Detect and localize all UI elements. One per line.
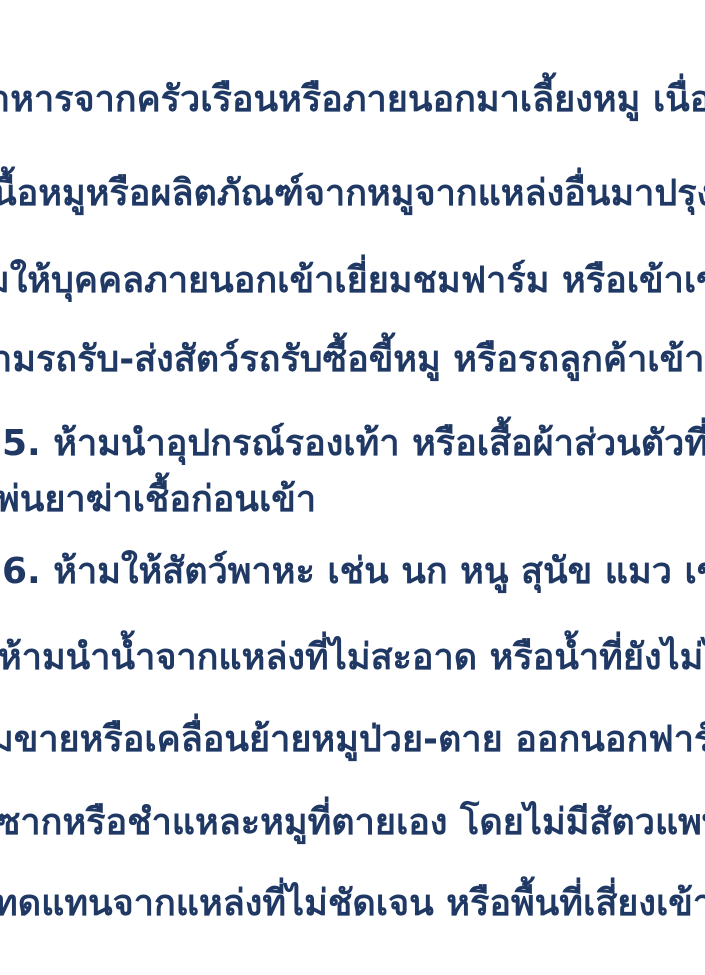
document-line: มให้บุคคลภายนอกเข้าเยี่ยมชมฟาร์ม หรือเข้… [0, 257, 705, 305]
document-line: ห้ามนำน้ำจากแหล่งที่ไม่สะอาด หรือน้ำที่ย… [0, 634, 705, 682]
document-line: พ่นยาฆ่าเชื้อก่อนเข้า [0, 476, 316, 524]
document-line: 6. ห้ามให้สัตว์พาหะ เช่น นก หนู สุนัข แม… [2, 548, 705, 596]
document-page: าหารจากครัวเรือนหรือภายนอกมาเลี้ยงหมู เน… [0, 0, 705, 975]
document-line: าหารจากครัวเรือนหรือภายนอกมาเลี้ยงหมู เน… [0, 76, 705, 124]
document-line: นื้อหมูหรือผลิตภัณฑ์จากหมูจากแหล่งอื่นมา… [0, 170, 705, 218]
document-line: มขายหรือเคลื่อนย้ายหมูป่วย-ตาย ออกนอกฟาร… [0, 716, 705, 764]
document-line: ทดแทนจากแหล่งที่ไม่ชัดเจน หรือพื้นที่เสี… [0, 880, 705, 928]
document-line: ามรถรับ-ส่งสัตว์รถรับซื้อขี้หมู หรือรถลู… [0, 336, 705, 384]
document-line: ซากหรือชำแหละหมูที่ตายเอง โดยไม่มีสัตวแพ… [0, 799, 705, 847]
document-line: 5. ห้ามนำอุปกรณ์รองเท้า หรือเสื้อผ้าส่วน… [2, 420, 705, 468]
